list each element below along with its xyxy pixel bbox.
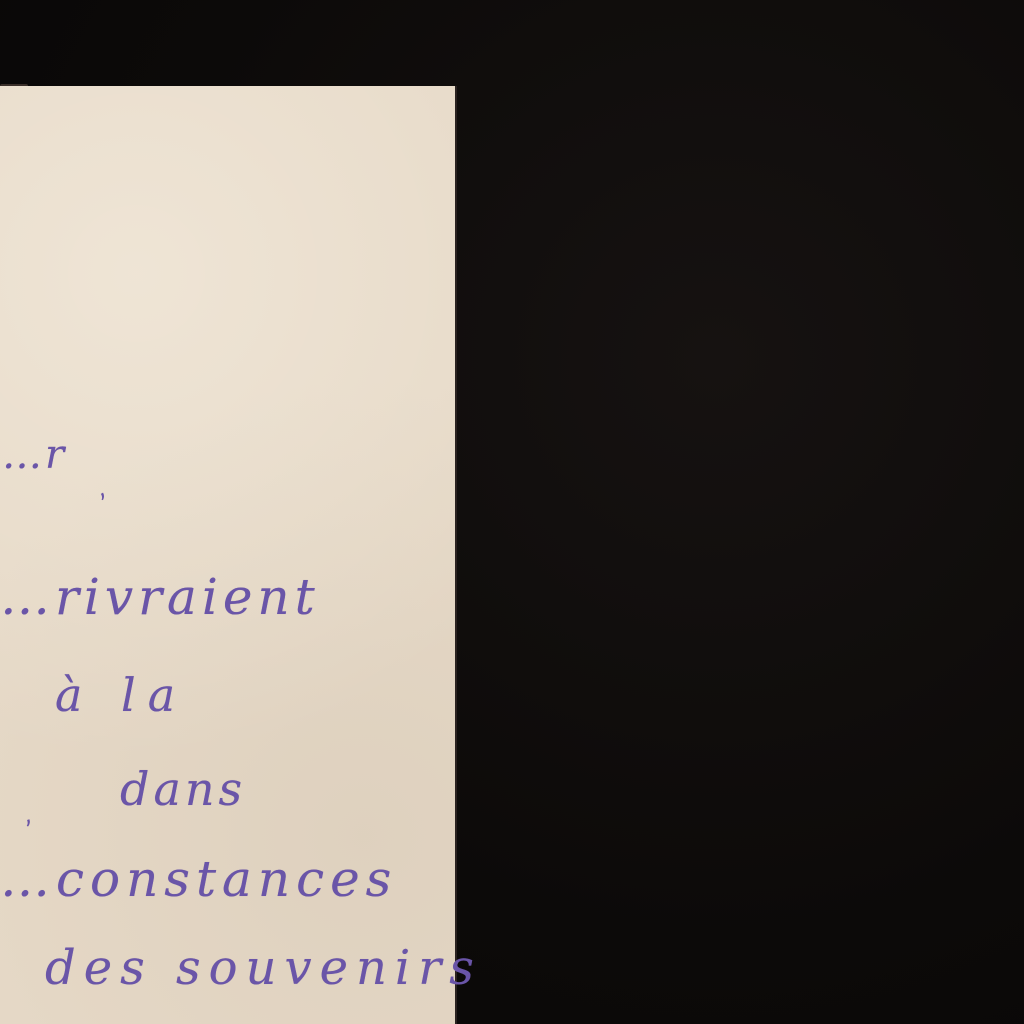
handwriting-line-4: dans [120, 762, 246, 816]
handwriting-line-6: des souvenirs [45, 940, 482, 996]
handwriting-line-3: à la [55, 668, 187, 722]
handwriting-line-1: …r [2, 432, 67, 478]
handwriting-line-2: …rivraient [0, 568, 320, 626]
handwriting-line-5: …constances [0, 850, 397, 908]
